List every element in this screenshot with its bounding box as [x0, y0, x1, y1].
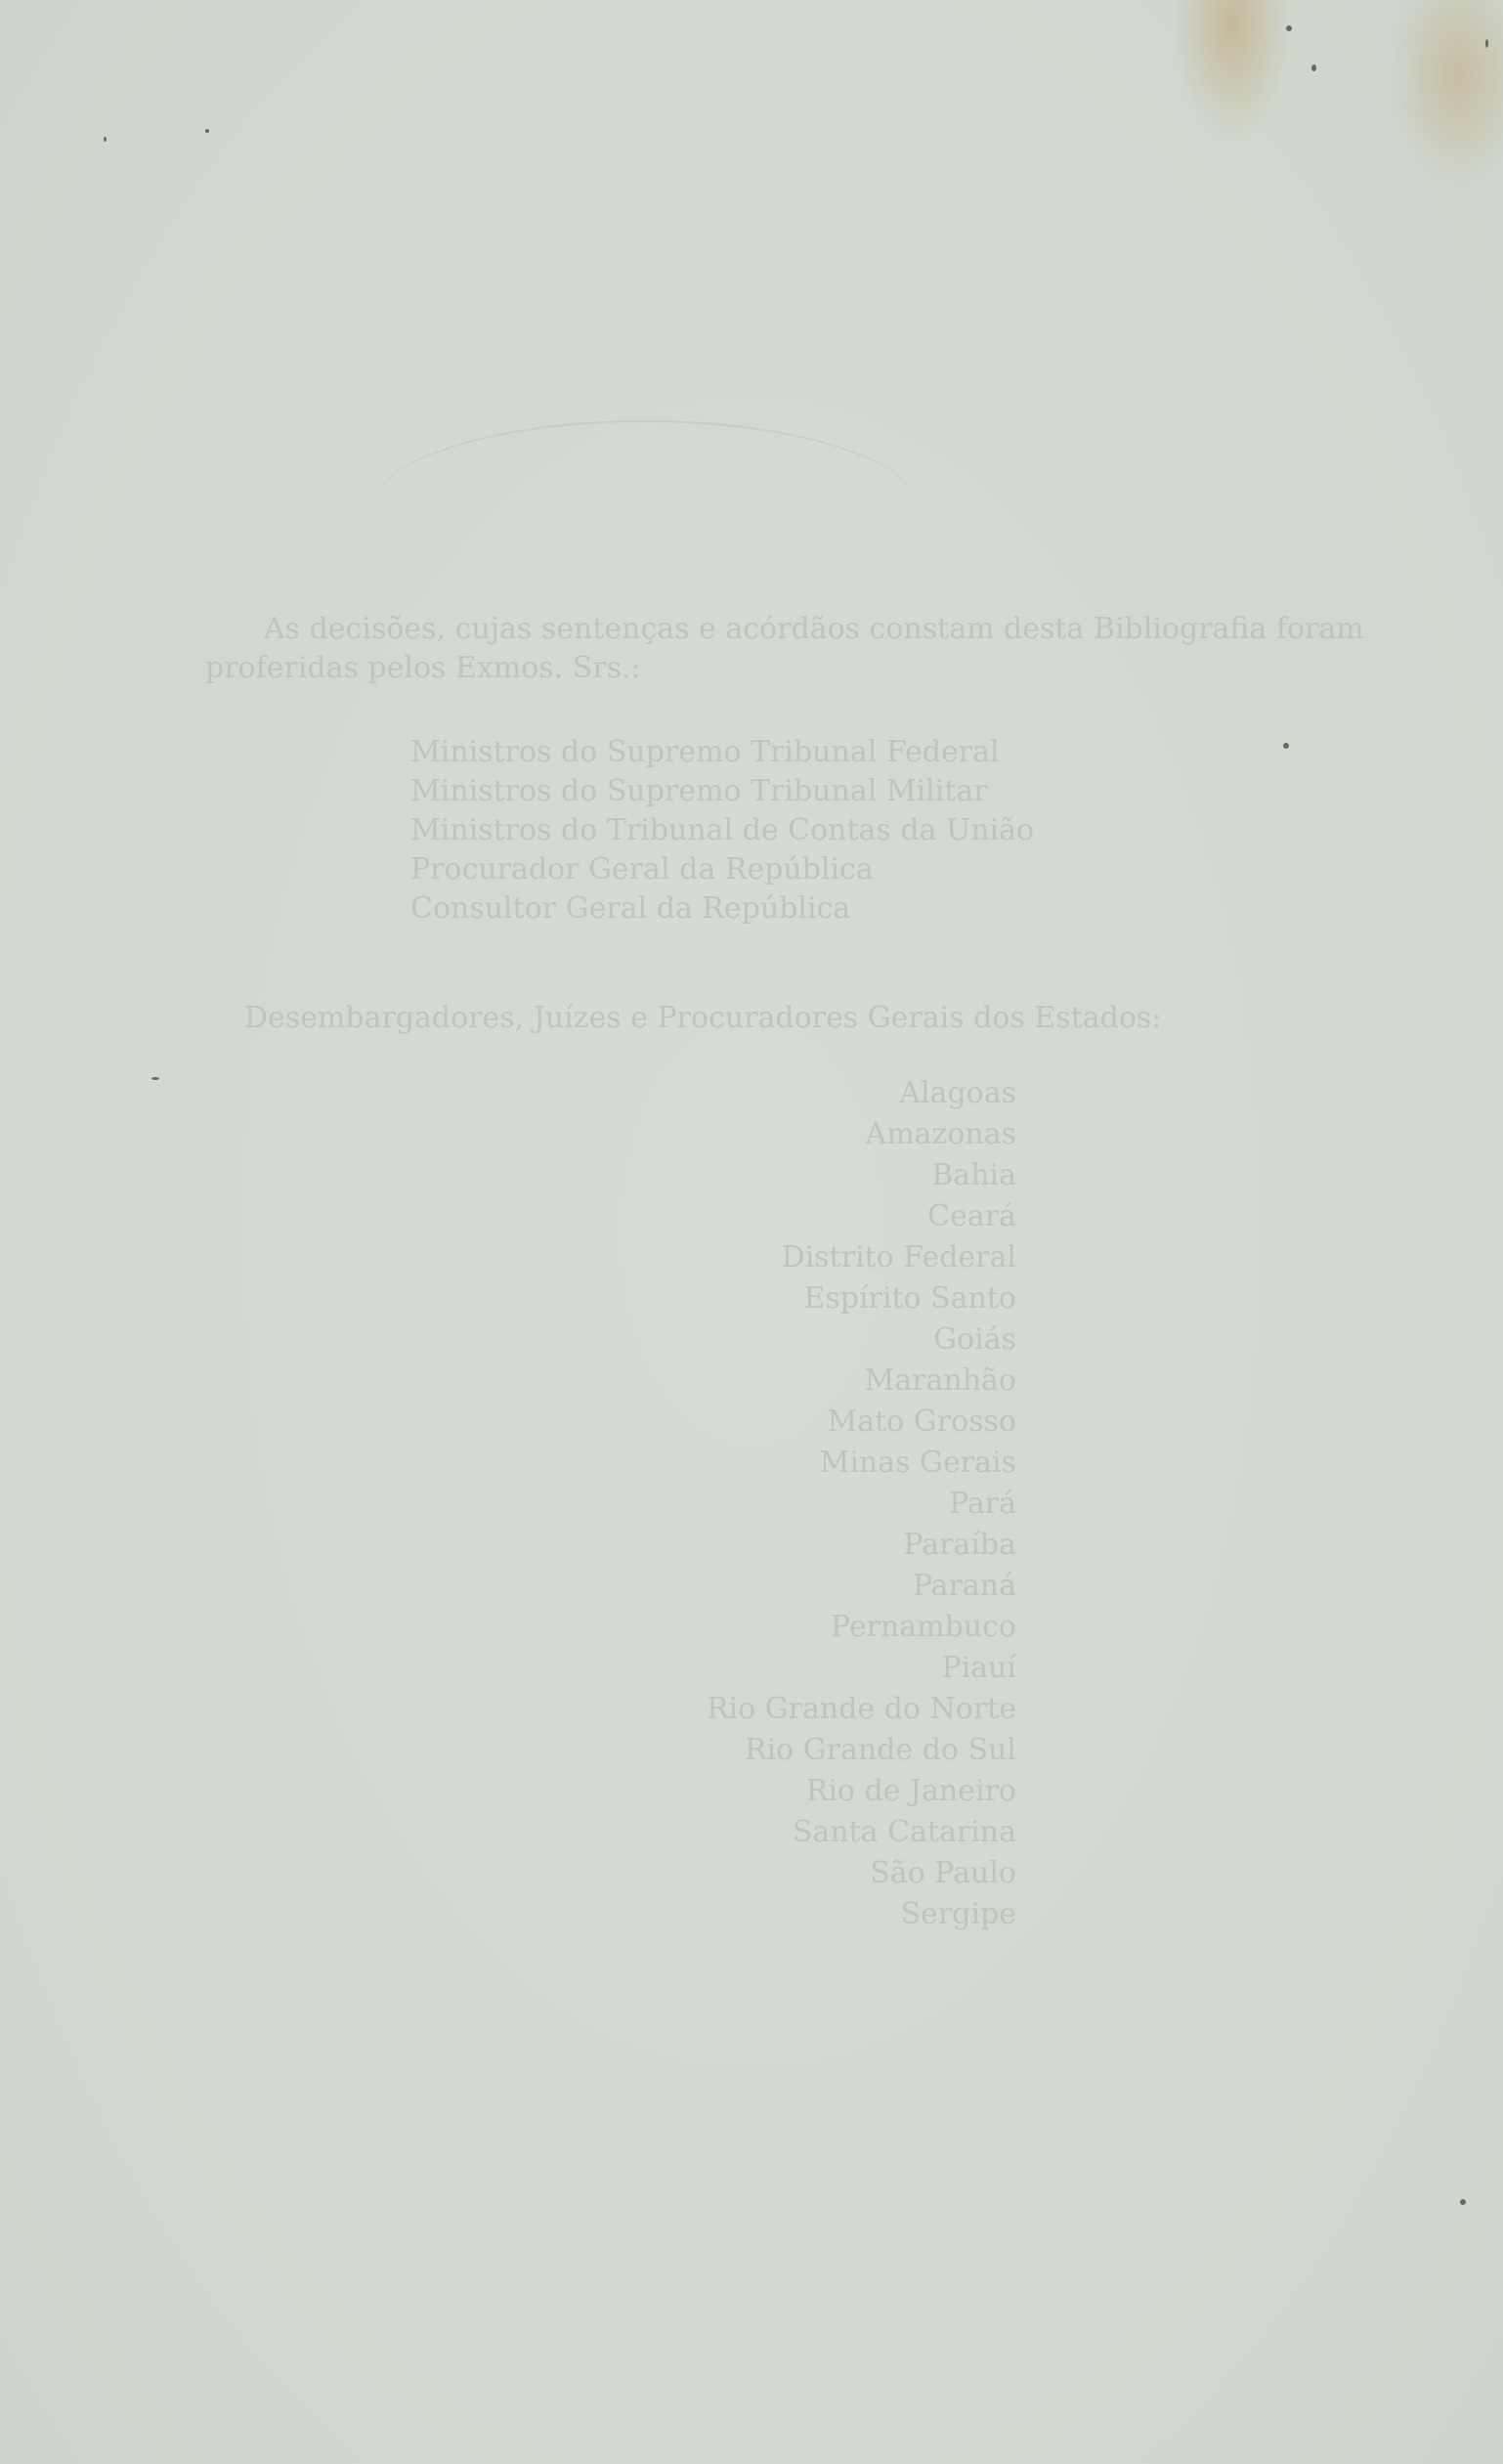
- state-item: Pará: [547, 1484, 1016, 1525]
- authority-item: Consultor Geral da República: [410, 889, 1034, 929]
- ink-speck: [205, 129, 209, 133]
- intro-paragraph: As decisões, cujas sentenças e acórdãos …: [205, 610, 1368, 688]
- state-item: Rio Grande do Norte: [547, 1689, 1016, 1730]
- state-item: Espírito Santo: [547, 1278, 1016, 1319]
- ink-speck: [1485, 39, 1488, 48]
- state-item: Bahia: [547, 1155, 1016, 1196]
- state-item: Goiás: [547, 1319, 1016, 1361]
- state-item: Alagoas: [547, 1073, 1016, 1114]
- state-item: Rio de Janeiro: [547, 1771, 1016, 1812]
- faint-arc-mark: [371, 420, 919, 598]
- ink-speck: [1311, 65, 1316, 71]
- ink-speck: [1460, 2199, 1466, 2205]
- ink-speck: [104, 137, 107, 142]
- ink-speck: [1283, 743, 1289, 749]
- authorities-list: Ministros do Supremo Tribunal Federal Mi…: [410, 733, 1034, 929]
- state-item: Rio Grande do Sul: [547, 1730, 1016, 1771]
- state-item: Piauí: [547, 1648, 1016, 1689]
- state-item: Distrito Federal: [547, 1237, 1016, 1278]
- authority-item: Procurador Geral da República: [410, 850, 1034, 889]
- state-item: Amazonas: [547, 1114, 1016, 1155]
- state-item: Minas Gerais: [547, 1443, 1016, 1484]
- authority-item: Ministros do Supremo Tribunal Federal: [410, 733, 1034, 772]
- states-heading: Desembargadores, Juízes e Procuradores G…: [244, 999, 1407, 1038]
- states-list: Alagoas Amazonas Bahia Ceará Distrito Fe…: [547, 1073, 1016, 1935]
- state-item: Maranhão: [547, 1361, 1016, 1402]
- ink-speck: [151, 1077, 159, 1080]
- authority-item: Ministros do Supremo Tribunal Militar: [410, 772, 1034, 811]
- state-item: São Paulo: [547, 1853, 1016, 1894]
- state-item: Santa Catarina: [547, 1812, 1016, 1853]
- state-item: Paraná: [547, 1566, 1016, 1607]
- authority-item: Ministros do Tribunal de Contas da União: [410, 811, 1034, 850]
- state-item: Pernambuco: [547, 1607, 1016, 1648]
- state-item: Ceará: [547, 1196, 1016, 1237]
- state-item: Sergipe: [547, 1894, 1016, 1935]
- state-item: Mato Grosso: [547, 1402, 1016, 1443]
- state-item: Paraíba: [547, 1525, 1016, 1566]
- ink-speck: [1286, 25, 1292, 31]
